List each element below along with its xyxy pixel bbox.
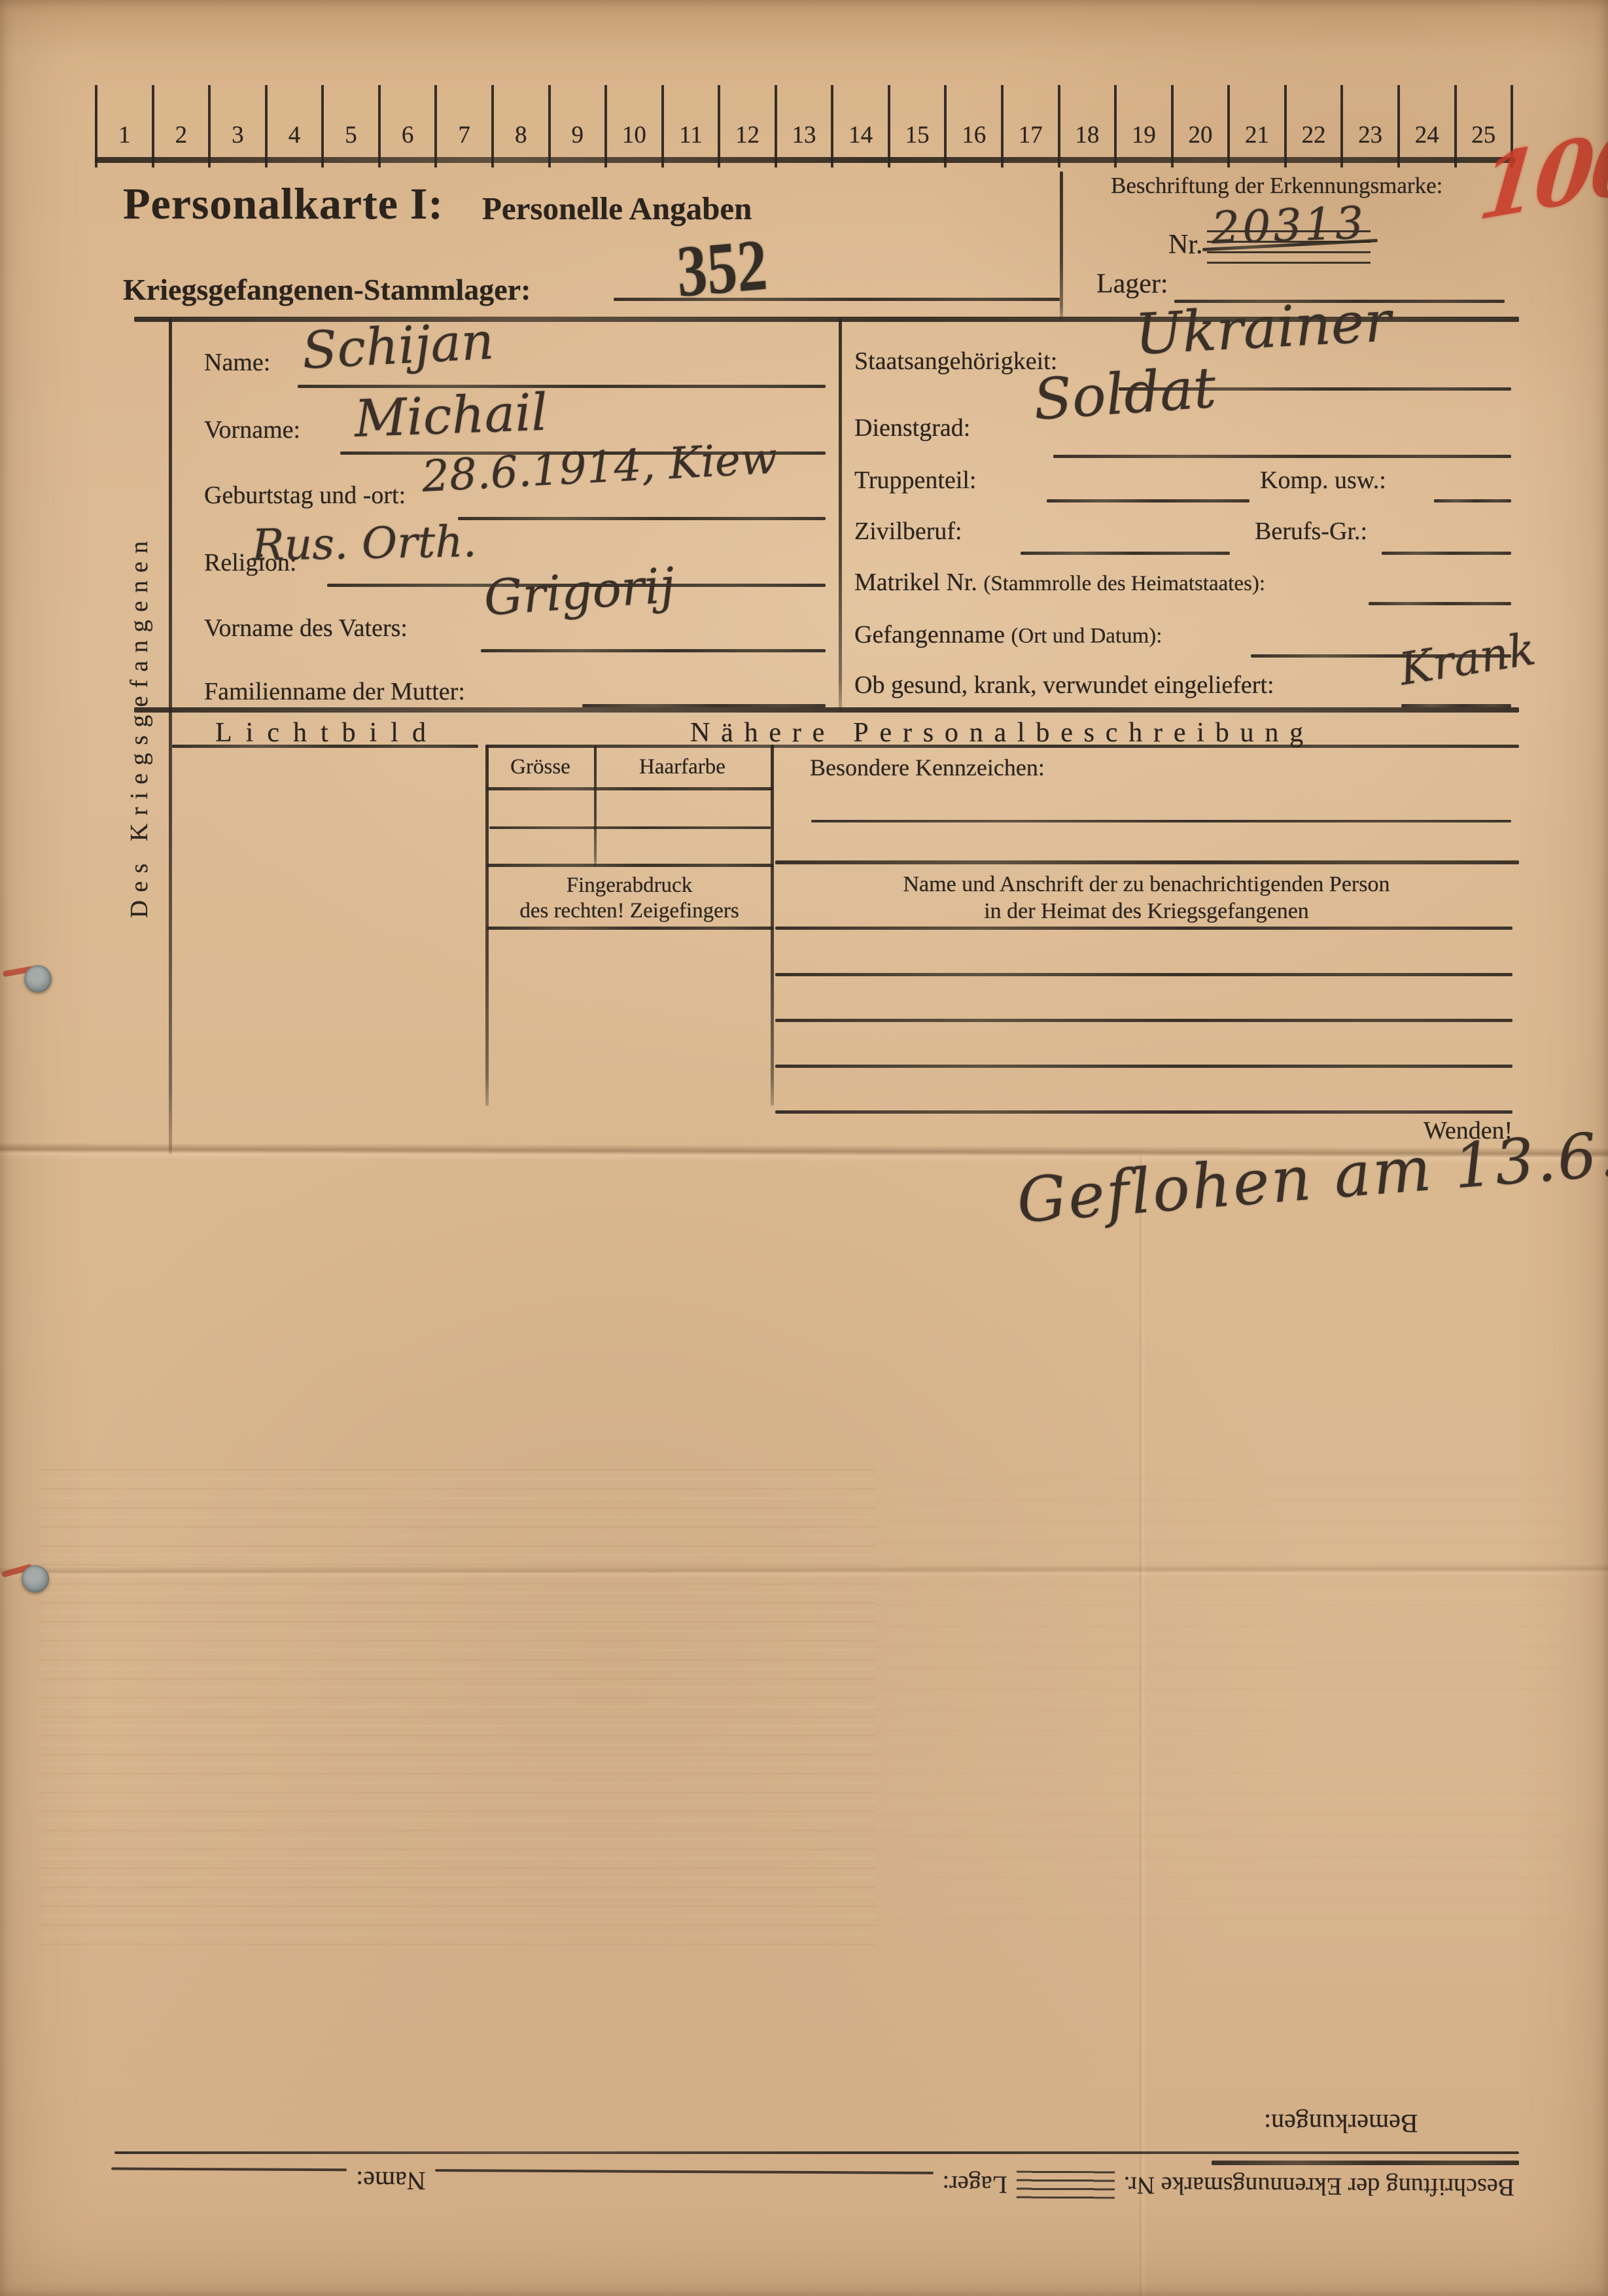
ruler-cell: 10 <box>604 85 661 168</box>
ruler-number-strip: 1234567891011121314151617181920212223242… <box>95 85 1513 168</box>
fingerabdruck-line1: Fingerabdruck <box>488 873 771 898</box>
ruler-cell: 12 <box>718 85 775 168</box>
ruler-number: 7 <box>458 121 470 149</box>
box-mid-rule <box>134 707 1519 713</box>
bottom-inverted-row: Beschriftung der Ekrennungsmarke Nr. Lag… <box>111 2161 1514 2206</box>
ruler-number: 8 <box>515 121 527 149</box>
field-komp-label: Komp. usw.: <box>1260 466 1386 495</box>
field-gefangenname-label: Gefangenname (Ort und Datum): <box>854 620 1162 649</box>
ruler-number: 10 <box>622 121 646 149</box>
field-staat-label: Staatsangehörigkeit: <box>854 347 1057 376</box>
page-subtitle: Personelle Angaben <box>482 190 752 227</box>
field-name-label: Name: <box>204 348 270 377</box>
ruler-cell: 11 <box>661 85 718 168</box>
ruler-number: 12 <box>735 121 760 149</box>
ruler-number: 5 <box>345 121 357 149</box>
field-berufsgr-line <box>1382 552 1511 555</box>
gefangenname-main: Gefangenname <box>854 621 1005 648</box>
ruler-number: 16 <box>962 121 986 149</box>
ruler-number: 23 <box>1358 121 1382 149</box>
field-gesund-value: Krank <box>1396 624 1539 696</box>
groesse-header: Grösse <box>488 755 593 779</box>
kennzeichen-header: Besondere Kennzeichen: <box>810 754 1045 781</box>
ruler-cell: 13 <box>775 85 831 168</box>
ruler-cell: 1 <box>95 85 152 168</box>
field-religion-value: Rus. Orth. <box>251 516 477 571</box>
field-vorname-label: Vorname: <box>204 415 300 444</box>
ruler-cell: 17 <box>1001 85 1058 168</box>
ruler-cell: 23 <box>1340 85 1397 168</box>
ruler-cell: 19 <box>1114 85 1171 168</box>
ruler-cell: 15 <box>888 85 945 168</box>
ruler-bottom-line <box>95 157 1516 163</box>
stammlager-number-stamp: 352 <box>674 222 769 314</box>
pow-personal-card: 1234567891011121314151617181920212223242… <box>0 0 1608 2296</box>
field-vater-label: Vorname des Vaters: <box>204 614 408 643</box>
ruler-number: 18 <box>1075 121 1099 149</box>
notify-line1: Name und Anschrift der zu benachrichtige… <box>778 872 1514 898</box>
field-vater-value: Grigorij <box>482 557 676 627</box>
field-mutter-label: Familienname der Mutter: <box>204 677 465 706</box>
matrikel-small: (Stammrolle des Heimatstaates): <box>983 572 1265 595</box>
fold-crease-lower <box>0 1564 1608 1580</box>
notify-rule-1 <box>775 927 1512 930</box>
matrikel-main: Matrikel Nr. <box>854 569 977 596</box>
ruler-cell: 21 <box>1227 85 1284 168</box>
bottom-thin-rule <box>114 2151 1519 2154</box>
bottom-thick-rule <box>1212 2161 1519 2165</box>
ruler-number: 4 <box>288 121 301 149</box>
ruler-number: 14 <box>848 121 873 149</box>
field-vater-line <box>481 649 826 652</box>
ruler-number: 3 <box>232 121 244 149</box>
ruler-number: 24 <box>1415 121 1439 149</box>
beschreibung-left-border <box>771 745 774 1106</box>
punch-hole-bottom <box>22 1565 49 1593</box>
corrugation-texture-right <box>877 1479 1564 1924</box>
ruler-cell: 3 <box>208 85 265 168</box>
ruler-cell: 20 <box>1171 85 1228 168</box>
ruler-number: 11 <box>679 121 703 149</box>
field-truppenteil-label: Truppenteil: <box>854 466 977 495</box>
field-gesund-label: Ob gesund, krank, verwundet eingeliefert… <box>854 671 1274 699</box>
notify-rule-3 <box>775 1019 1512 1022</box>
geflohen-annotation: Geflohen am 13.6.42 <box>1015 1112 1608 1237</box>
ruler-cell: 14 <box>831 85 888 168</box>
lichtbild-right-border <box>485 745 489 1106</box>
field-geburtstag-label: Geburtstag und -ort: <box>204 481 406 510</box>
lager-label: Lager: <box>1096 268 1168 300</box>
corrugation-texture <box>39 1469 877 1947</box>
ruler-cell: 24 <box>1397 85 1454 168</box>
field-geburtstag-line <box>458 517 826 520</box>
box-center-divider <box>839 318 842 712</box>
ruler-cell: 6 <box>378 85 435 168</box>
ruler-number: 21 <box>1245 121 1269 149</box>
bottom-lager-label: Lager: <box>942 2170 1007 2199</box>
ruler-number: 2 <box>175 121 188 149</box>
side-owner-text: Des Kriegsgefangenen <box>125 497 156 955</box>
ruler-cell: 7 <box>434 85 491 168</box>
field-name-line <box>298 385 826 388</box>
field-matrikel-label: Matrikel Nr. (Stammrolle des Heimatstaat… <box>854 568 1265 597</box>
ruler-cell: 5 <box>321 85 378 168</box>
ruler-cell: 2 <box>152 85 209 168</box>
bottom-lager-line <box>435 2169 934 2174</box>
field-zivilberuf-label: Zivilberuf: <box>854 517 962 546</box>
subtable-header-rule <box>487 787 773 790</box>
field-staat-value: Ukrainer <box>1133 289 1393 368</box>
field-name-value: Schijan <box>301 312 496 381</box>
lichtbild-header: Lichtbild <box>172 717 483 749</box>
punch-hole-top <box>24 965 52 993</box>
marke-box-divider <box>1060 171 1063 319</box>
bottom-name-label: Name: <box>356 2166 426 2197</box>
page-title: Personalkarte I: <box>123 178 444 230</box>
ruler-number: 17 <box>1019 121 1043 149</box>
subtable-bottom-rule <box>487 864 773 867</box>
ruler-cell: 18 <box>1058 85 1115 168</box>
lichtbild-underline <box>172 745 478 748</box>
field-zivilberuf-line <box>1021 552 1230 555</box>
bemerkungen-label-inverted: Bemerkungen: <box>1264 2108 1418 2139</box>
ruler-cell: 9 <box>548 85 605 168</box>
ruler-cell: 22 <box>1284 85 1341 168</box>
marke-label: Beschriftung der Erkennungsmarke: <box>1111 173 1442 199</box>
bottom-name-line <box>111 2167 347 2171</box>
ruler-number: 20 <box>1188 121 1212 149</box>
ruler-number: 22 <box>1302 121 1326 149</box>
fingerabdruck-label: Fingerabdruck des rechten! Zeigefingers <box>488 873 771 924</box>
field-vorname-value: Michail <box>353 383 548 449</box>
field-dienstgrad-line <box>1053 455 1511 458</box>
ruler-number: 9 <box>572 121 584 149</box>
notify-rule-2 <box>775 973 1512 976</box>
field-dienstgrad-value: Soldat <box>1032 355 1218 433</box>
vertical-crease <box>1140 1155 1146 2296</box>
field-komp-line <box>1434 499 1511 503</box>
notify-rule-5 <box>775 1110 1512 1114</box>
fingerabdruck-line2: des rechten! Zeigefingers <box>488 898 771 924</box>
field-dienstgrad-label: Dienstgrad: <box>854 414 970 442</box>
stammlager-label: Kriegsgefangenen-Stammlager: <box>123 272 531 307</box>
bottom-beschriftung-label: Beschriftung der Ekrennungsmarke Nr. <box>1124 2170 1515 2201</box>
kennzeichen-thick-rule <box>775 860 1519 864</box>
kennzeichen-line <box>811 820 1511 822</box>
ruler-cell: 8 <box>491 85 548 168</box>
beschreibung-underline <box>485 745 1519 748</box>
ruler-number: 6 <box>402 121 414 149</box>
bottom-nr-ruled-lines <box>1017 2171 1115 2199</box>
ruler-number: 1 <box>118 121 131 149</box>
field-matrikel-line <box>1369 602 1511 605</box>
beschreibung-header: Nähere Personalbeschreibung <box>485 717 1519 749</box>
ruler-number: 13 <box>792 121 816 149</box>
field-berufsgr-label: Berufs-Gr.: <box>1255 517 1367 546</box>
fingerabdruck-bottom-rule <box>487 927 773 930</box>
ruler-cell: 4 <box>265 85 322 168</box>
subtable-row-rule <box>489 826 771 829</box>
ruler-number: 15 <box>905 121 930 149</box>
ruler-cell: 16 <box>944 85 1001 168</box>
field-truppenteil-line <box>1047 499 1250 503</box>
marke-nr-label: Nr. <box>1168 229 1203 260</box>
haarfarbe-header: Haarfarbe <box>597 755 768 779</box>
ruler-number: 19 <box>1132 121 1156 149</box>
notify-rule-4 <box>775 1065 1512 1068</box>
notify-header: Name und Anschrift der zu benachrichtige… <box>778 872 1514 925</box>
gefangenname-small: (Ort und Datum): <box>1011 624 1162 648</box>
notify-line2: in der Heimat des Kriegsgefangenen <box>778 898 1514 925</box>
